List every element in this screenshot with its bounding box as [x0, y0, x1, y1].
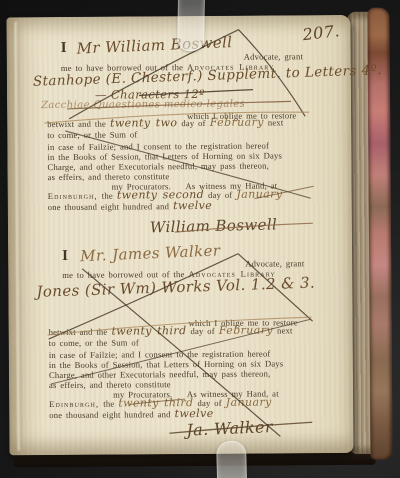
day-of: day of — [208, 190, 232, 200]
register-page: 207. I Mr William Boswell Advocate, gran… — [6, 15, 353, 455]
year-prefix: one thousand eight hundred and — [49, 409, 170, 420]
the-word: the — [103, 399, 114, 409]
return-date-line: betwixt and the twenty two day of Februa… — [47, 117, 283, 129]
book-title-line: Zacchiae Quaestiones medico-legales — [41, 99, 245, 111]
page-holder-clip-top — [177, 0, 205, 51]
betwixt-prefix: betwixt and the — [47, 119, 106, 129]
edinburgh-word: Edinburgh, — [49, 399, 99, 409]
form-clause: to come, or the Sum of — [47, 129, 137, 140]
signature: William Boswell — [150, 215, 278, 236]
day-of: day of — [190, 326, 214, 336]
sign-month: January — [236, 189, 282, 199]
next-word: next — [277, 325, 293, 335]
form-clause: Advocate, grant — [245, 258, 304, 268]
return-day: twenty two — [110, 118, 177, 128]
year-line: one thousand eight hundred and twelve — [49, 409, 213, 420]
borrowing-register-book: 207. I Mr William Boswell Advocate, gran… — [0, 0, 400, 478]
signature: Ja. Walker — [186, 417, 273, 440]
return-month: February — [210, 118, 264, 128]
the-word: the — [102, 191, 113, 201]
return-month: February — [219, 325, 273, 335]
borrower-name: Mr. James Walker — [80, 241, 221, 265]
signing-date-line: Edinburgh, the twenty third day of Janua… — [49, 398, 272, 410]
edinburgh-word: Edinburgh, — [48, 191, 98, 201]
signing-date-line: Edinburgh, the twenty second day of Janu… — [48, 189, 283, 201]
form-initial: I — [61, 43, 67, 53]
next-word: next — [268, 117, 284, 127]
page-gutter-crease — [14, 21, 22, 451]
return-day: twenty third — [111, 326, 186, 337]
page-number: 207. — [302, 21, 341, 44]
return-date-line: betwixt and the twenty third day of Febr… — [49, 325, 293, 337]
year-word: twelve — [173, 201, 212, 211]
photograph-of-register: 207. I Mr William Boswell Advocate, gran… — [0, 0, 400, 478]
borrower-name: Mr William Boswell — [76, 33, 232, 58]
form-initial: I — [62, 251, 68, 261]
day-of: day of — [181, 118, 205, 128]
year-word: twelve — [175, 409, 214, 419]
form-clause: to come, or the Sum of — [49, 337, 139, 348]
page-holder-clip-bottom — [216, 440, 247, 478]
year-prefix: one thousand eight hundred and — [48, 201, 169, 212]
form-clause: Advocate, grant — [244, 51, 303, 61]
betwixt-prefix: betwixt and the — [49, 327, 108, 337]
sign-month: January — [226, 398, 272, 408]
year-line: one thousand eight hundred and twelve — [48, 201, 212, 212]
